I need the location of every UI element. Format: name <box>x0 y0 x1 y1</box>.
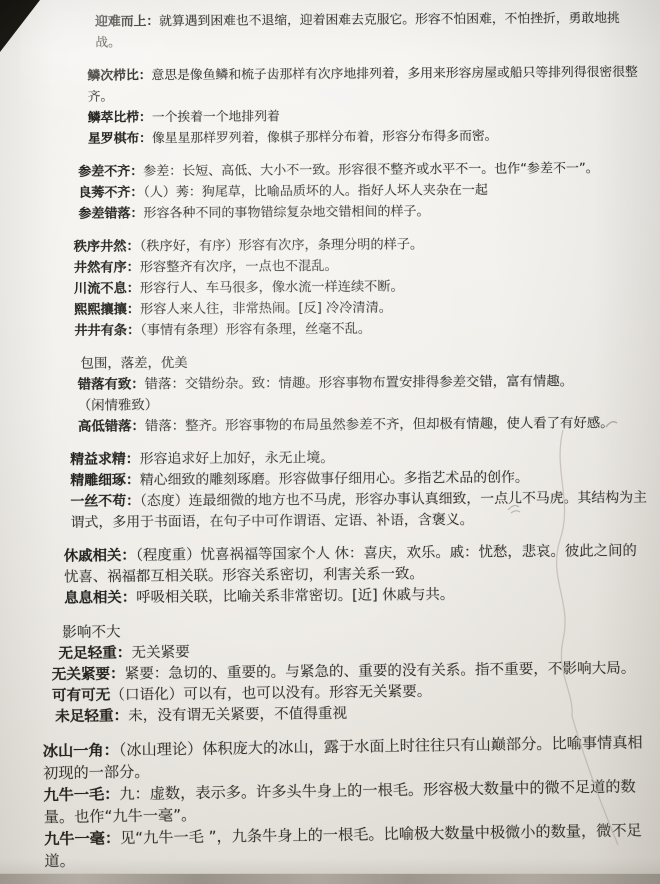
definition-entry: 高低错落：错落：整齐。形容事物的布局虽然参差不齐，但却极有情趣，使人看了有好感。 <box>78 413 647 438</box>
idiom-term: 秩序井然： <box>74 239 140 254</box>
idiom-term: 息息相关： <box>64 590 136 607</box>
idiom-definition: （事情有条理）形容有条理，丝毫不乱。 <box>140 322 371 339</box>
idiom-term: 无关紧要： <box>52 665 125 683</box>
definition-entry: 九牛一毫：见“九牛一毛 ”，九条牛身上的一根毛。比喻极大数量中极微小的数量，微不… <box>44 819 653 872</box>
idiom-term: 一丝不苟： <box>70 493 140 509</box>
idiom-definition: 形容整齐有次序，一点也不混乱。 <box>140 259 338 275</box>
idiom-definition: 包围，落差，优美 <box>80 356 187 372</box>
idiom-term: 休戚相关： <box>64 548 136 565</box>
idiom-definition: 形容人来人往，非常热闹。[反] 冷冷清清。 <box>140 301 392 318</box>
idiom-term: 川流不息： <box>74 281 140 296</box>
idiom-term: 熙熙攘攘： <box>74 302 140 317</box>
idiom-definition: 影响不大 <box>62 623 121 641</box>
idiom-definition: 未，没有谓无关紧要，不值得重视 <box>128 705 347 724</box>
idiom-definition: （闲情雅致） <box>78 398 158 414</box>
definition-entry: 参差不齐：参差：长短、高低、大小不一致。形容很不整齐或水平不一。也作“参差不一”… <box>78 158 645 183</box>
idiom-definition: 错落：整齐。形容事物的布局虽然参差不齐，但却极有情趣，使人看了有好感。 <box>145 416 614 434</box>
definition-entry: 休戚相关：（程度重）忧喜祸福等国家个人 休：喜庆，欢乐。戚：忧愁，悲哀。彼此之间… <box>64 541 648 589</box>
idiom-section: 影响不大 无足轻重：无关紧要 无关紧要：紧要：急切的、重要的。与紧急的、重要的没… <box>4 615 660 727</box>
definition-entry: 鳞次栉比：意思是像鱼鳞和梳子齿那样有次序地排列着，多用来形容房屋或船只等排列得很… <box>87 62 644 108</box>
idiom-term: 九牛一毛： <box>43 785 119 804</box>
idiom-term: 可有可无 <box>52 687 111 705</box>
idiom-definition: 无关紧要 <box>131 644 190 662</box>
idiom-section: 精益求精：形容追求好上加好，永无止境。 精雕细琢：精心细致的雕刻琢磨。形容做事仔… <box>3 446 660 535</box>
idiom-definition: 九：虚数，表示多。许多头牛身上的一根毛。形容极大数量中的微不足道的数量。也作“九… <box>44 778 636 827</box>
idiom-term: 井然有序： <box>74 260 140 275</box>
definition-entry: 井井有条：（事情有条理）形容有条理，丝毫不乱。 <box>74 317 646 342</box>
idiom-section: 休戚相关：（程度重）忧喜祸福等国家个人 休：喜庆，欢乐。戚：忧愁，悲哀。彼此之间… <box>4 541 660 610</box>
paper-bottom-edge <box>0 873 660 884</box>
idiom-definition: 见“九牛一毛 ”，九条牛身上的一根毛。比喻极大数量中极微小的数量，微不足道。 <box>44 821 642 870</box>
idiom-definition: 形容行人、车马很多，像水流一样连续不断。 <box>140 279 404 296</box>
definition-entry: 错落有致：错落：交错纷杂。致：情趣。形容事物布置安排得参差交错，富有情趣。 <box>78 371 647 396</box>
idiom-term: 冰山一角： <box>43 741 119 760</box>
idiom-definition: （程度重）忧喜祸福等国家个人 休：喜庆，欢乐。戚：忧愁，悲哀。彼此之间的忧喜、祸… <box>64 543 637 585</box>
idiom-term: 精雕细琢： <box>70 472 140 488</box>
idiom-term: 参差不齐： <box>78 164 143 179</box>
idiom-definition: （态度）连最细微的地方也不马虎，形容办事认真细致，一点儿不马虎。其结构为主谓式，… <box>71 490 647 531</box>
idiom-definition: （秩序好，有序）形容有次序，条理分明的样子。 <box>140 237 424 254</box>
idiom-definition: （冰山理论）体积庞大的冰山，露于水面上时往往只有山巅部分。比喻事情真相初现的一部… <box>43 733 643 782</box>
idiom-section: 冰山一角：（冰山理论）体积庞大的冰山，露于水面上时往往只有山巅部分。比喻事情真相… <box>5 731 660 873</box>
idiom-term: 参差错落： <box>78 206 143 221</box>
idiom-term: 迎难而上： <box>95 14 159 29</box>
photographed-document: 迎难而上：就算遇到困难也不退缩，迎着困难去克服它。形容不怕困难，不怕挫折，勇敢地… <box>0 0 660 884</box>
idiom-term: 鳞次栉比： <box>87 68 151 83</box>
idiom-term: 高低错落： <box>78 419 145 434</box>
idiom-section: 鳞次栉比：意思是像鱼鳞和梳子齿那样有次序地排列着，多用来形容房屋或船只等排列得很… <box>0 62 660 151</box>
idiom-term: 精益求精： <box>70 451 140 467</box>
idiom-definition: 参差：长短、高低、大小不一致。形容很不整齐或水平不一。也作“参差不一”。 <box>143 161 599 179</box>
idiom-definition: （人）莠：狗尾草，比喻品质坏的人。指好人坏人夹杂在一起 <box>143 183 488 200</box>
idiom-definition: 形容追求好上加好，永无止境。 <box>140 450 335 467</box>
idiom-term: 未足轻重： <box>55 707 128 725</box>
idiom-section: 迎难而上：就算遇到困难也不退缩，迎着困难去克服它。形容不怕困难，不怕挫折，勇敢地… <box>0 8 660 55</box>
idiom-section: 参差不齐：参差：长短、高低、大小不一致。形容很不整齐或水平不一。也作“参差不一”… <box>1 158 660 226</box>
idiom-section: 包围，落差，优美 错落有致：错落：交错纷杂。致：情趣。形容事物布置安排得参差交错… <box>2 350 660 439</box>
idiom-definition: 像星星那样罗列着，像棋子那样分布着，形容分布得多而密。 <box>152 129 498 146</box>
idiom-term: 鳞萃比栉： <box>88 110 152 125</box>
idiom-term: 无足轻重： <box>58 644 131 662</box>
idiom-definition: 呼吸相关联，比喻关系非常密切。[近] 休戚与共。 <box>136 587 454 606</box>
idiom-definition: 错落：交错纷杂。致：情趣。形容事物布置安排得参差交错，富有情趣。 <box>145 374 574 392</box>
definition-entry: 参差错落：形容各种不同的事物错综复杂地交错相间的样子。 <box>78 200 645 225</box>
definition-entry: 星罗棋布：像星星那样罗列着，像棋子那样分布着，形容分布得多而密。 <box>88 125 645 150</box>
idiom-definition: （口语化）可以有，也可以没有。形容无关紧要。 <box>110 683 431 704</box>
idiom-definition: 精心细致的雕刻琢磨。形容做事仔细用心。多指艺术品的创作。 <box>140 470 529 489</box>
idiom-definition: 紧要：急切的、重要的。与紧急的、重要的没有关系。指不重要，不影响大局。 <box>125 660 636 683</box>
idiom-definition: 就算遇到困难也不退缩，迎着困难去克服它。形容不怕困难，不怕挫折，勇敢地挑战。 <box>95 11 620 51</box>
definition-entry: 一丝不苟：（态度）连最细微的地方也不马虎，形容办事认真细致，一点儿不马虎。其结构… <box>70 488 647 534</box>
idiom-definition: 形容各种不同的事物错综复杂地交错相间的样子。 <box>143 204 429 221</box>
idiom-term: 良莠不齐： <box>78 185 143 200</box>
definition-entry: 迎难而上：就算遇到困难也不退缩，迎着困难去克服它。形容不怕困难，不怕挫折，勇敢地… <box>95 8 644 54</box>
idiom-term: 错落有致： <box>78 377 145 392</box>
idiom-definition: 一个挨着一个地排列着 <box>152 109 280 125</box>
paper-content: 迎难而上：就算遇到困难也不退缩，迎着困难去克服它。形容不怕困难，不怕挫折，勇敢地… <box>0 0 660 870</box>
idiom-definition: 意思是像鱼鳞和梳子齿那样有次序地排列着，多用来形容房屋或船只等排列得很密很整齐。 <box>88 65 638 105</box>
definition-entry: 息息相关：呼吸相关联，比喻关系非常密切。[近] 休戚与共。 <box>64 583 648 610</box>
idiom-term: 九牛一毫： <box>44 829 120 848</box>
idiom-section: 秩序井然：（秩序好，有序）形容有次序，条理分明的样子。 井然有序：形容整齐有次序… <box>2 233 660 343</box>
idiom-term: 星罗棋布： <box>88 131 152 146</box>
idiom-term: 井井有条： <box>74 323 140 338</box>
